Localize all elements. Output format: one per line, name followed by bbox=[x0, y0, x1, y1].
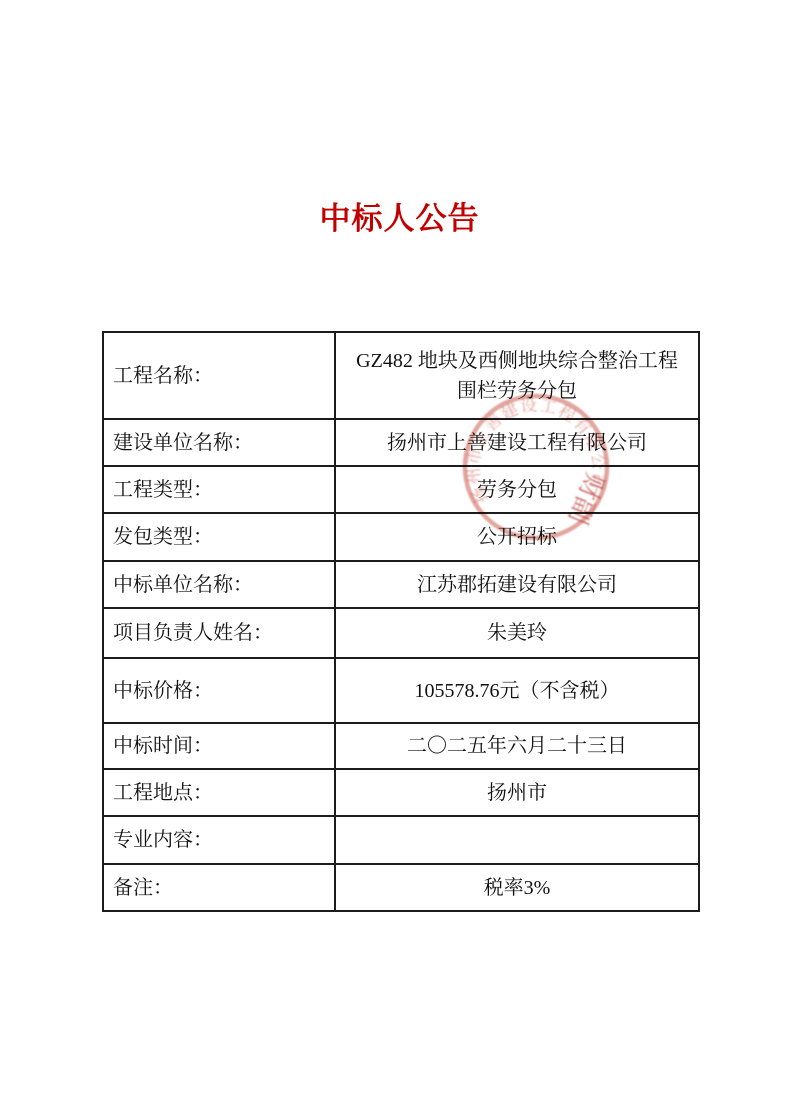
announcement-table: 工程名称： GZ482 地块及西侧地块综合整治工程 围栏劳务分包 建设单位名称：… bbox=[102, 331, 700, 912]
row-project-location: 工程地点： 扬州市 bbox=[104, 770, 698, 817]
row-bid-price: 中标价格： 105578.76元（不含税） bbox=[104, 659, 698, 724]
field-label: 中标价格： bbox=[104, 659, 336, 722]
field-label: 工程名称： bbox=[104, 333, 336, 418]
field-value: 劳务分包 bbox=[336, 467, 698, 512]
field-label: 发包类型： bbox=[104, 514, 336, 560]
row-tender-type: 发包类型： 公开招标 bbox=[104, 514, 698, 562]
field-value: 朱美玲 bbox=[336, 609, 698, 657]
field-value: 105578.76元（不含税） bbox=[336, 659, 698, 722]
field-value: 扬州市上善建设工程有限公司 bbox=[336, 420, 698, 465]
row-bid-date: 中标时间： 二〇二五年六月二十三日 bbox=[104, 724, 698, 770]
page-title: 中标人公告 bbox=[0, 193, 799, 238]
field-label: 专业内容： bbox=[104, 817, 336, 863]
field-value: 江苏郡拓建设有限公司 bbox=[336, 562, 698, 607]
row-specialty-content: 专业内容： bbox=[104, 817, 698, 865]
row-project-name: 工程名称： GZ482 地块及西侧地块综合整治工程 围栏劳务分包 bbox=[104, 333, 698, 420]
field-label: 建设单位名称： bbox=[104, 420, 336, 465]
row-winner-name: 中标单位名称： 江苏郡拓建设有限公司 bbox=[104, 562, 698, 609]
field-label: 项目负责人姓名： bbox=[104, 609, 336, 657]
field-value: 二〇二五年六月二十三日 bbox=[336, 724, 698, 768]
field-label: 工程地点： bbox=[104, 770, 336, 815]
field-label: 中标时间： bbox=[104, 724, 336, 768]
row-project-manager: 项目负责人姓名： 朱美玲 bbox=[104, 609, 698, 659]
row-owner-name: 建设单位名称： 扬州市上善建设工程有限公司 bbox=[104, 420, 698, 467]
field-label: 中标单位名称： bbox=[104, 562, 336, 607]
field-value: 公开招标 bbox=[336, 514, 698, 560]
field-value: GZ482 地块及西侧地块综合整治工程 围栏劳务分包 bbox=[336, 333, 698, 418]
row-project-type: 工程类型： 劳务分包 bbox=[104, 467, 698, 514]
field-value bbox=[336, 817, 698, 863]
field-value: 税率3% bbox=[336, 865, 698, 910]
field-value: 扬州市 bbox=[336, 770, 698, 815]
field-label: 工程类型： bbox=[104, 467, 336, 512]
row-remarks: 备注： 税率3% bbox=[104, 865, 698, 910]
document-page: 中标人公告 工程名称： GZ482 地块及西侧地块综合整治工程 围栏劳务分包 建… bbox=[0, 0, 799, 1108]
field-label: 备注： bbox=[104, 865, 336, 910]
